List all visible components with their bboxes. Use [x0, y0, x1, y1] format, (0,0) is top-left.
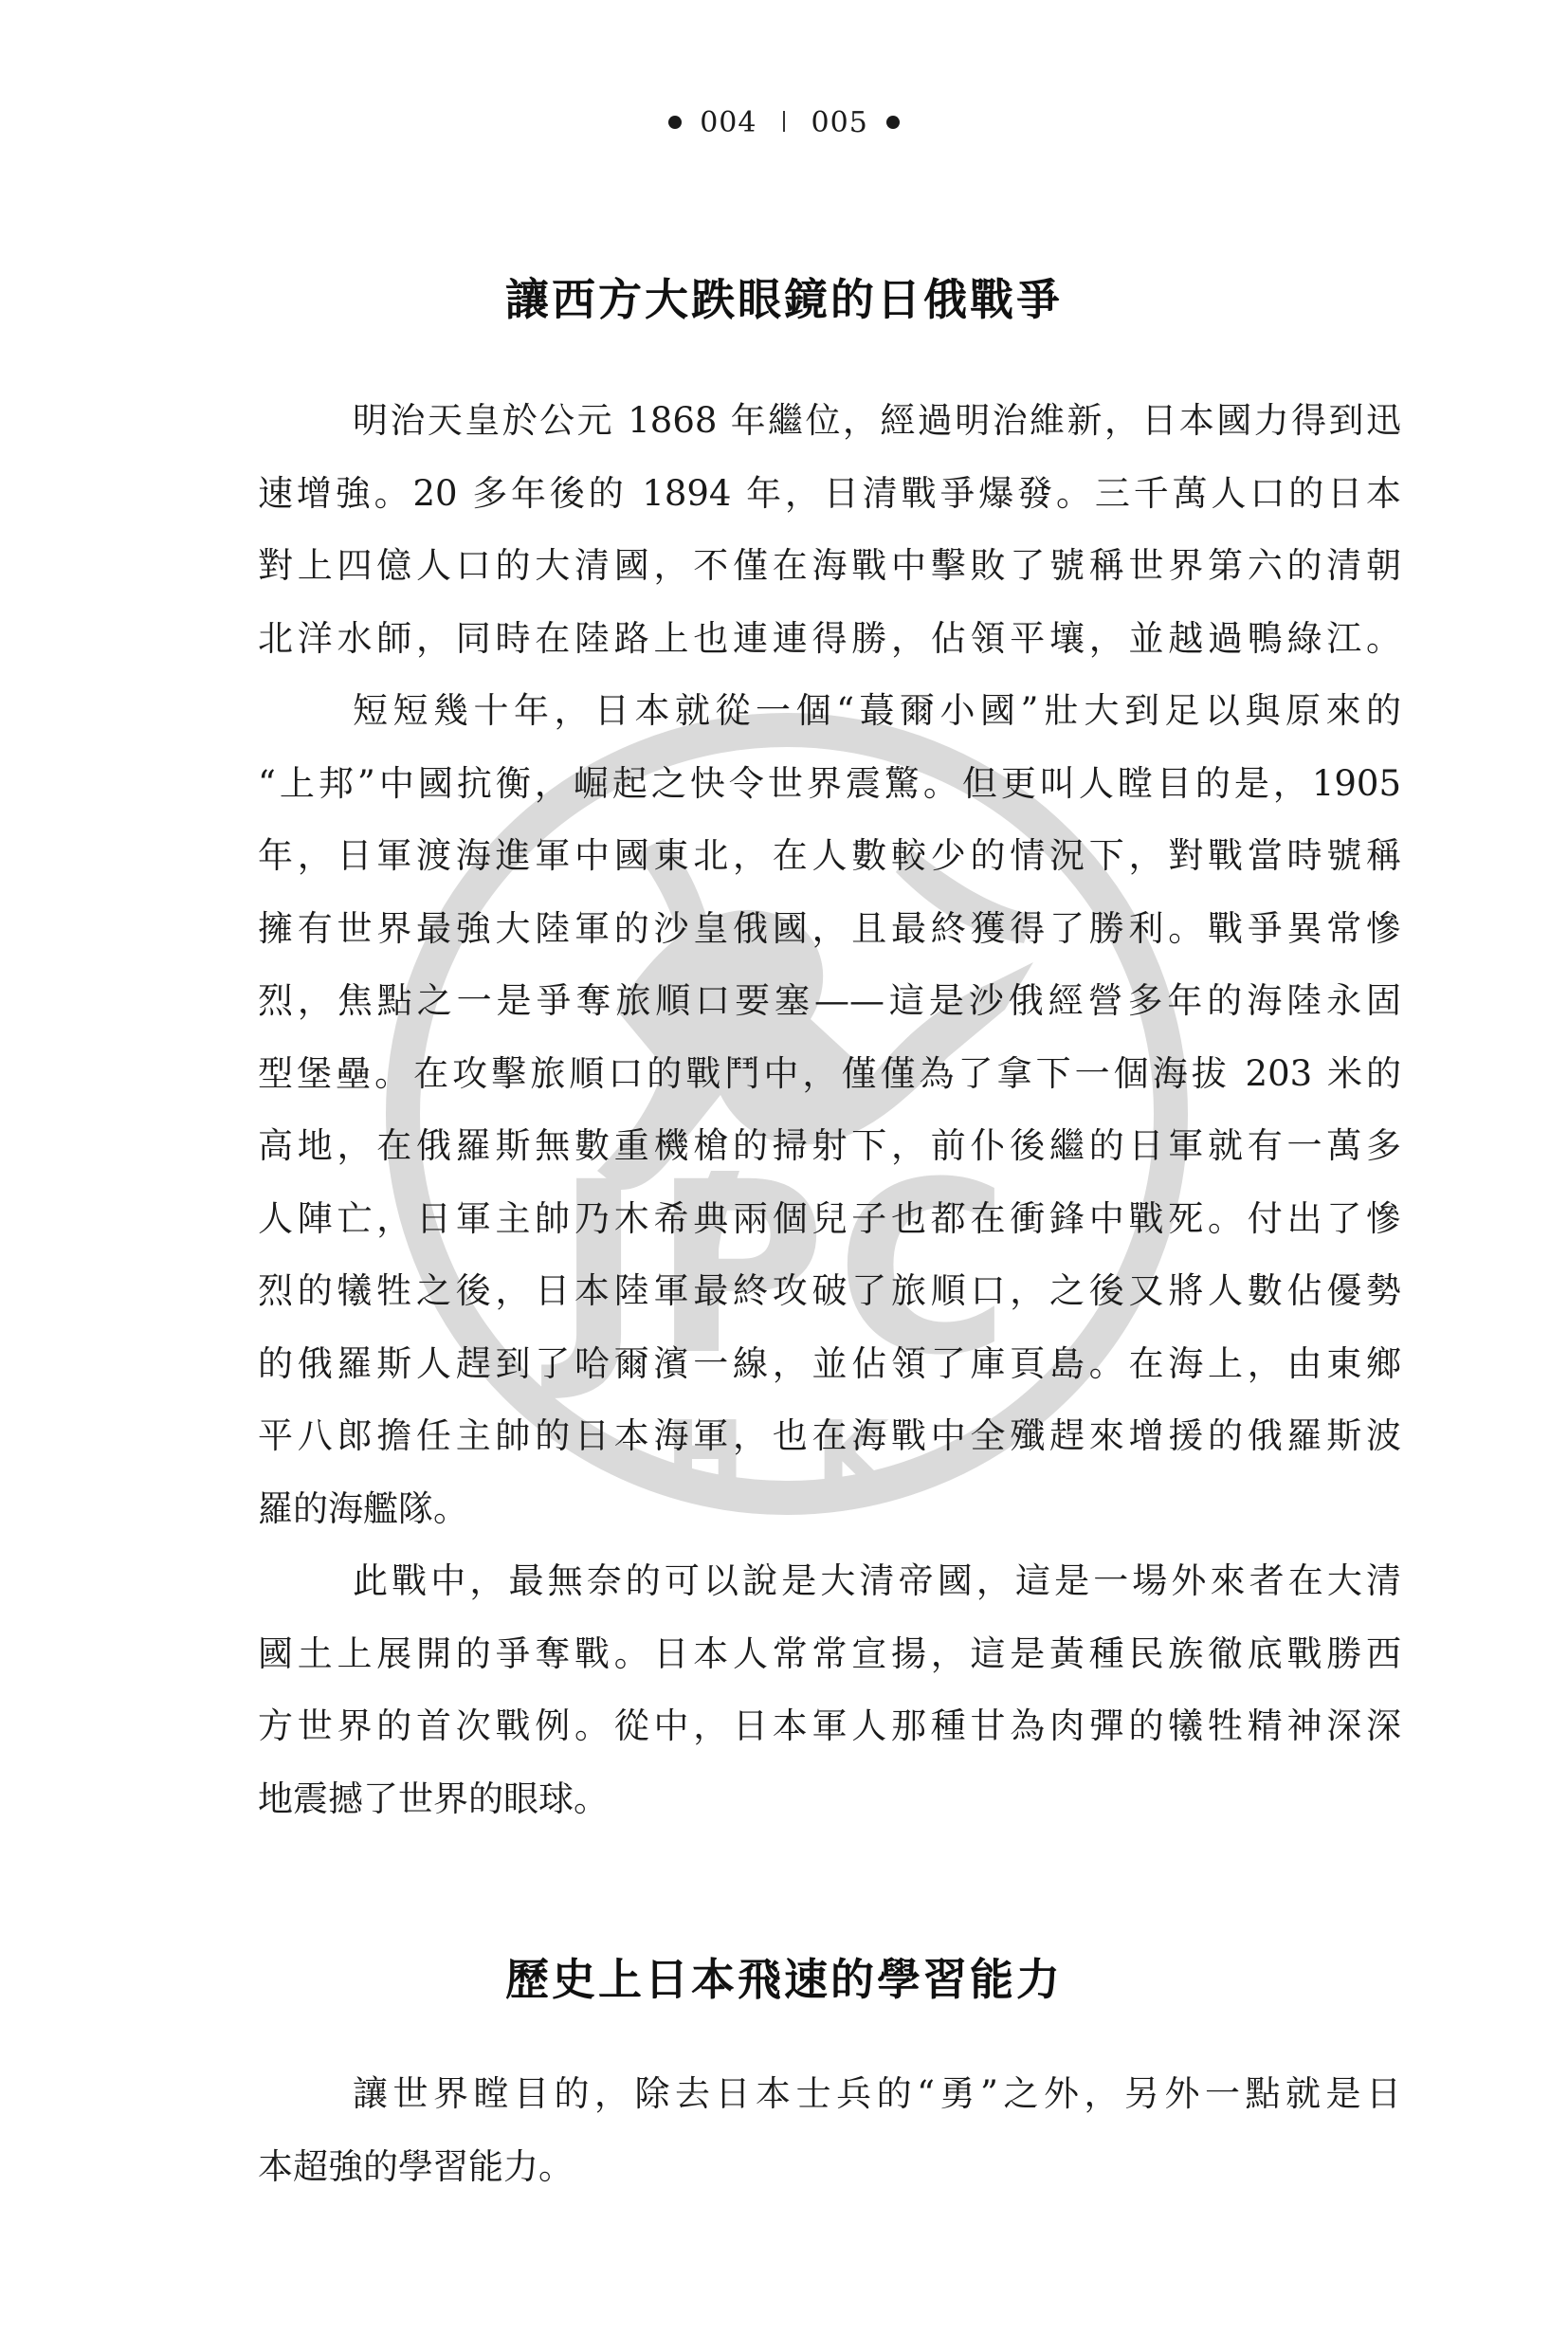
text-line: 的俄羅斯人趕到了哈爾濱一線，並佔領了庫頁島。在海上，由東鄉: [258, 1343, 1401, 1416]
page-separator: [783, 111, 785, 132]
text-line: 國土上展開的爭奪戰。日本人常常宣揚，這是黃種民族徹底戰勝西: [258, 1633, 1401, 1706]
text-line: 年，日軍渡海進軍中國東北，在人數較少的情況下，對戰當時號稱: [258, 835, 1401, 908]
left-page-number: 004: [700, 106, 757, 139]
text-line: 此戰中，最無奈的可以說是大清帝國，這是一場外來者在大清: [258, 1560, 1401, 1633]
text-line: 本超強的學習能力。: [258, 2146, 1401, 2219]
text-line: 對上四億人口的大清國，不僅在海戰中擊敗了號稱世界第六的清朝: [258, 545, 1401, 618]
page-folio: 004 005: [0, 106, 1568, 139]
paragraph: 此戰中，最無奈的可以說是大清帝國，這是一場外來者在大清 國土上展開的爭奪戰。日本…: [258, 1560, 1401, 1851]
text-line: 讓世界瞠目的，除去日本士兵的“勇”之外，另外一點就是日: [258, 2073, 1401, 2146]
paragraph: 短短幾十年，日本就從一個“蕞爾小國”壯大到足以與原來的 “上邦”中國抗衡，崛起之…: [258, 690, 1401, 1560]
text-line: 短短幾十年，日本就從一個“蕞爾小國”壯大到足以與原來的: [258, 690, 1401, 763]
text-line: “上邦”中國抗衡，崛起之快令世界震驚。但更叫人瞠目的是，1905: [258, 763, 1401, 836]
text-line: 平八郎擔任主帥的日本海軍，也在海戰中全殲趕來增援的俄羅斯波: [258, 1415, 1401, 1488]
text-line: 型堡壘。在攻擊旅順口的戰鬥中，僅僅為了拿下一個海拔 203 米的: [258, 1053, 1401, 1126]
text-line: 明治天皇於公元 1868 年繼位，經過明治維新，日本國力得到迅: [258, 400, 1401, 473]
text-line: 擁有世界最強大陸軍的沙皇俄國，且最終獲得了勝利。戰爭異常慘: [258, 908, 1401, 981]
bullet-icon: [886, 116, 900, 129]
paragraph: 讓世界瞠目的，除去日本士兵的“勇”之外，另外一點就是日 本超強的學習能力。: [258, 2073, 1401, 2218]
text-line: 方世界的首次戰例。從中，日本軍人那種甘為肉彈的犧牲精神深深: [258, 1705, 1401, 1778]
right-page-number: 005: [811, 106, 868, 139]
text-line: 烈的犧牲之後，日本陸軍最終攻破了旅順口，之後又將人數佔優勢: [258, 1270, 1401, 1343]
text-line: 速增強。20 多年後的 1894 年，日清戰爭爆發。三千萬人口的日本: [258, 473, 1401, 546]
paragraph: 明治天皇於公元 1868 年繼位，經過明治維新，日本國力得到迅 速增強。20 多…: [258, 400, 1401, 690]
text-line: 地震撼了世界的眼球。: [258, 1778, 1401, 1851]
text-line: 北洋水師，同時在陸路上也連連得勝，佔領平壤，並越過鴨綠江。: [258, 618, 1401, 691]
bullet-icon: [668, 116, 682, 129]
text-line: 烈，焦點之一是爭奪旅順口要塞——這是沙俄經營多年的海陸永固: [258, 980, 1401, 1053]
section-body-russo-japanese-war: 明治天皇於公元 1868 年繼位，經過明治維新，日本國力得到迅 速增強。20 多…: [258, 400, 1401, 1851]
section-body-learning-ability: 讓世界瞠目的，除去日本士兵的“勇”之外，另外一點就是日 本超強的學習能力。: [258, 2073, 1401, 2218]
text-line: 人陣亡，日軍主帥乃木希典兩個兒子也都在衝鋒中戰死。付出了慘: [258, 1198, 1401, 1271]
section-heading-russo-japanese-war: 讓西方大跌眼鏡的日俄戰爭: [0, 265, 1568, 328]
section-heading-learning-ability: 歷史上日本飛速的學習能力: [0, 1945, 1568, 2008]
text-line: 高地，在俄羅斯無數重機槍的掃射下，前仆後繼的日軍就有一萬多: [258, 1125, 1401, 1198]
text-line: 羅的海艦隊。: [258, 1488, 1401, 1561]
